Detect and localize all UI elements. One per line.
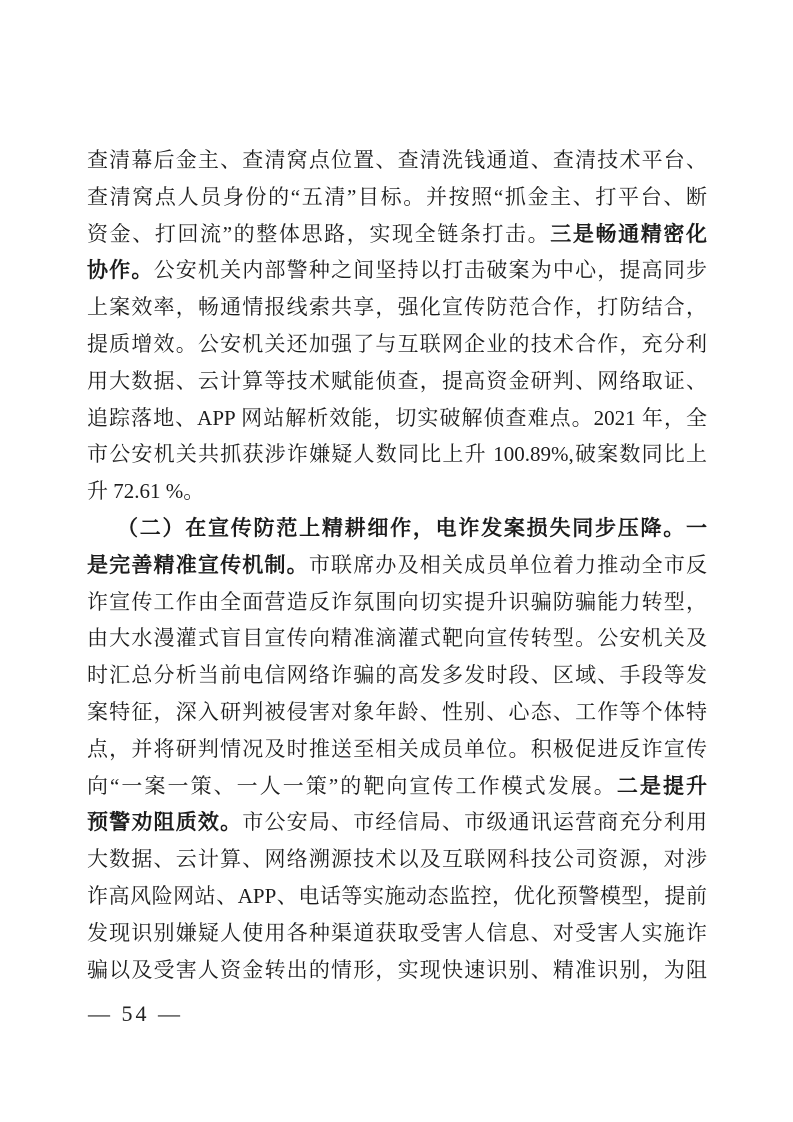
bold-text-run: 三是畅通精密化 (550, 222, 707, 246)
text-run: 资金、打回流”的整体思路，实现全链条打击。 (87, 222, 550, 246)
text-run: 公安机关内部警种之间坚持以打击破案为中心，提高同步 (154, 258, 707, 282)
text-line: 点，并将研判情况及时推送至相关成员单位。积极促进反诈宣传 (87, 731, 707, 768)
text-run: 市公安机关共抓获涉诈嫌疑人数同比上升 100.89%,破案数同比上 (87, 442, 707, 466)
bold-text-run: （二）在宣传防范上精耕细作，电诈发案损失同步压降。一 (117, 516, 707, 540)
text-run: 发现识别嫌疑人使用各种渠道获取受害人信息、对受害人实施诈 (87, 921, 707, 945)
text-line: 向“一案一策、一人一策”的靶向宣传工作模式发展。二是提升 (87, 768, 707, 805)
document-body: 查清幕后金主、查清窝点位置、查清洗钱通道、查清技术平台、查清窝点人员身份的“五清… (87, 142, 707, 988)
text-run: 追踪落地、APP 网站解析效能，切实破解侦查难点。2021 年，全 (87, 406, 707, 430)
text-line: 查清幕后金主、查清窝点位置、查清洗钱通道、查清技术平台、 (87, 142, 707, 179)
bold-text-run: 预警劝阻质效。 (87, 810, 242, 834)
text-run: 由大水漫灌式盲目宣传向精准滴灌式靶向宣传转型。公安机关及 (87, 626, 707, 650)
text-run: 市公安局、市经信局、市级通讯运营商充分利用 (242, 810, 707, 834)
text-line: 案特征，深入研判被侵害对象年龄、性别、心态、工作等个体特 (87, 694, 707, 731)
text-line: 骗以及受害人资金转出的情形，实现快速识别、精准识别，为阻 (87, 952, 707, 989)
text-run: 向“一案一策、一人一策”的靶向宣传工作模式发展。 (87, 774, 617, 798)
bold-text-run: 协作。 (87, 258, 154, 282)
text-line: 诈宣传工作由全面营造反诈氛围向切实提升识骗防骗能力转型， (87, 584, 707, 621)
text-run: 时汇总分析当前电信网络诈骗的高发多发时段、区域、手段等发 (87, 663, 707, 687)
text-line: 市公安机关共抓获涉诈嫌疑人数同比上升 100.89%,破案数同比上 (87, 436, 707, 473)
text-line: 大数据、云计算、网络溯源技术以及互联网科技公司资源，对涉 (87, 841, 707, 878)
text-line: 提质增效。公安机关还加强了与互联网企业的技术合作，充分利 (87, 326, 707, 363)
text-line: 诈高风险网站、APP、电话等实施动态监控，优化预警模型，提前 (87, 878, 707, 915)
text-line: 是完善精准宣传机制。市联席办及相关成员单位着力推动全市反 (87, 547, 707, 584)
text-line: 上案效率，畅通情报线索共享，强化宣传防范合作，打防结合， (87, 289, 707, 326)
page-number: — 54 — (88, 999, 183, 1029)
text-line: 追踪落地、APP 网站解析效能，切实破解侦查难点。2021 年，全 (87, 400, 707, 437)
text-line: 发现识别嫌疑人使用各种渠道获取受害人信息、对受害人实施诈 (87, 915, 707, 952)
text-run: 大数据、云计算、网络溯源技术以及互联网科技公司资源，对涉 (87, 847, 707, 871)
text-run: 点，并将研判情况及时推送至相关成员单位。积极促进反诈宣传 (87, 737, 707, 761)
text-run: 用大数据、云计算等技术赋能侦查，提高资金研判、网络取证、 (87, 369, 707, 393)
text-line: 查清窝点人员身份的“五清”目标。并按照“抓金主、打平台、断 (87, 179, 707, 216)
text-line: 时汇总分析当前电信网络诈骗的高发多发时段、区域、手段等发 (87, 657, 707, 694)
text-line: 升 72.61 %。 (87, 473, 707, 510)
text-line: （二）在宣传防范上精耕细作，电诈发案损失同步压降。一 (87, 510, 707, 547)
text-run: 诈高风险网站、APP、电话等实施动态监控，优化预警模型，提前 (87, 884, 707, 908)
text-line: 协作。公安机关内部警种之间坚持以打击破案为中心，提高同步 (87, 252, 707, 289)
text-line: 用大数据、云计算等技术赋能侦查，提高资金研判、网络取证、 (87, 363, 707, 400)
text-run: 案特征，深入研判被侵害对象年龄、性别、心态、工作等个体特 (87, 700, 707, 724)
bold-text-run: 二是提升 (617, 774, 707, 798)
text-run: 诈宣传工作由全面营造反诈氛围向切实提升识骗防骗能力转型， (87, 590, 707, 614)
text-run: 升 72.61 %。 (87, 479, 204, 503)
text-line: 资金、打回流”的整体思路，实现全链条打击。三是畅通精密化 (87, 216, 707, 253)
text-run: 查清窝点人员身份的“五清”目标。并按照“抓金主、打平台、断 (87, 185, 707, 209)
text-line: 预警劝阻质效。市公安局、市经信局、市级通讯运营商充分利用 (87, 804, 707, 841)
text-line: 由大水漫灌式盲目宣传向精准滴灌式靶向宣传转型。公安机关及 (87, 620, 707, 657)
text-run: 骗以及受害人资金转出的情形，实现快速识别、精准识别，为阻 (87, 958, 707, 982)
text-run: 提质增效。公安机关还加强了与互联网企业的技术合作，充分利 (87, 332, 707, 356)
text-run: 市联席办及相关成员单位着力推动全市反 (309, 553, 707, 577)
document-page: 查清幕后金主、查清窝点位置、查清洗钱通道、查清技术平台、查清窝点人员身份的“五清… (0, 0, 793, 1122)
bold-text-run: 是完善精准宣传机制。 (87, 553, 309, 577)
text-run: 上案效率，畅通情报线索共享，强化宣传防范合作，打防结合， (87, 295, 707, 319)
text-run: 查清幕后金主、查清窝点位置、查清洗钱通道、查清技术平台、 (87, 148, 707, 172)
